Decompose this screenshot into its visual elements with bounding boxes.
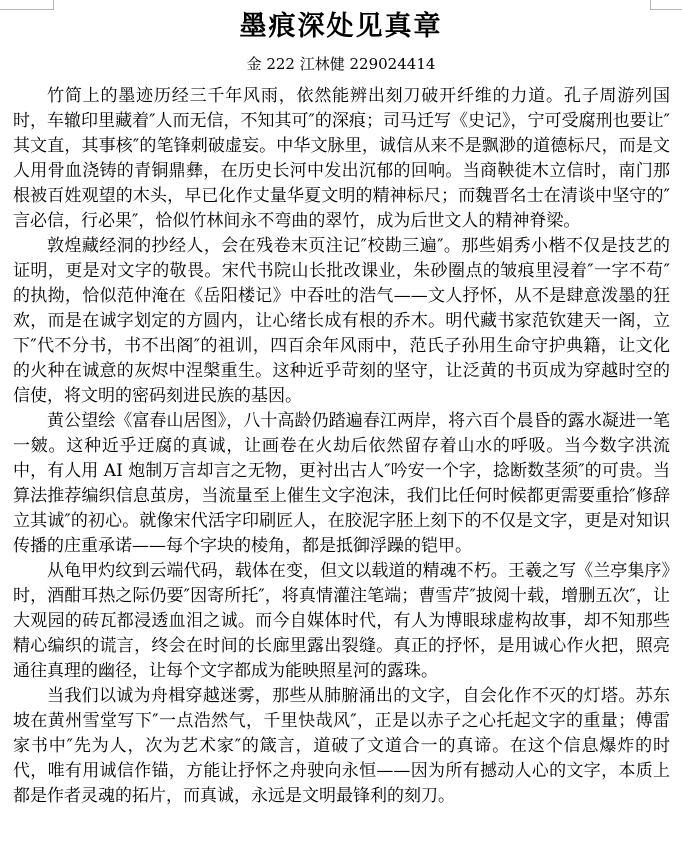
body-paragraph: 敦煌藏经洞的抄经人，会在残卷末页注记″校勘三遍″。那些娟秀小楷不仅是技艺的证明，… (13, 234, 670, 409)
document-title: 墨痕深处见真章 (0, 11, 682, 43)
body-paragraph: 当我们以诚为舟楫穿越迷雾，那些从肺腑涌出的文字，自会化作不灭的灯塔。苏东坡在黄州… (13, 684, 670, 809)
text-boundary-mark-top-left (0, 0, 54, 10)
body-paragraph: 黄公望绘《富春山居图》，八十高龄仍踏遍春江两岸，将六百个晨昏的露水凝进一笔一皴。… (13, 409, 670, 559)
document-page: 墨痕深处见真章 金 222 江林健 229024414 竹简上的墨迹历经三千年风… (0, 0, 682, 850)
body-paragraph: 竹简上的墨迹历经三千年风雨，依然能辨出刻刀破开纤维的力道。孔子周游列国时，车辙印… (13, 84, 670, 234)
document-body: 竹简上的墨迹历经三千年风雨，依然能辨出刻刀破开纤维的力道。孔子周游列国时，车辙印… (13, 84, 670, 809)
text-boundary-mark-top-right (650, 0, 682, 10)
body-paragraph: 从龟甲灼纹到云端代码，载体在变，但文以载道的精魂不朽。王羲之写《兰亭集序》时，酒… (13, 559, 670, 684)
byline: 金 222 江林健 229024414 (0, 55, 682, 73)
